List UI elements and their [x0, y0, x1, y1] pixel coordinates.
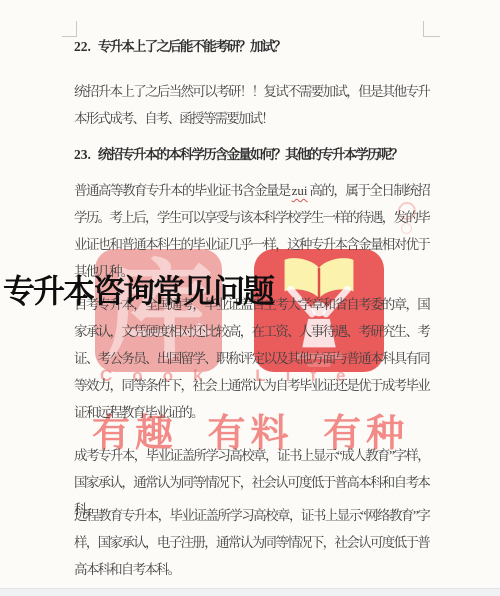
question-22-heading: 22.专升本上了之后能不能考研？加试？ — [74, 33, 429, 60]
distance-education-paragraph: 远程教育专升本，毕业证盖所学习高校章，证书上显示“网络教育”字样，国家承认，电子… — [74, 502, 429, 583]
overlay-title: 专升本咨询常见问题 — [3, 266, 273, 312]
question-23-heading: 23.统招专升本的本科学历含金量如何？其他的专升本学历呢？ — [74, 141, 429, 168]
question-number: 23. — [74, 141, 91, 168]
question-number: 22. — [74, 33, 91, 60]
page-bottom-edge — [0, 588, 500, 596]
answer-22-paragraph: 统招升本上了之后当然可以考研！！复试不需要加试，但是其他专升本形式成考、自考、函… — [74, 78, 429, 132]
spellcheck-marked-word: zui — [292, 183, 308, 198]
question-text: 专升本上了之后能不能考研？加试？ — [98, 39, 285, 54]
question-text: 统招专升本的本科学历含金量如何？其他的专升本学历呢？ — [98, 147, 402, 162]
paragraph-text: 普通高等教育专升本的毕业证书含金量是 — [74, 183, 292, 198]
document-page: 库 Cook Life 有趣 有料 有种 22.专升本上了之后能不能考研？加试？… — [0, 0, 500, 596]
